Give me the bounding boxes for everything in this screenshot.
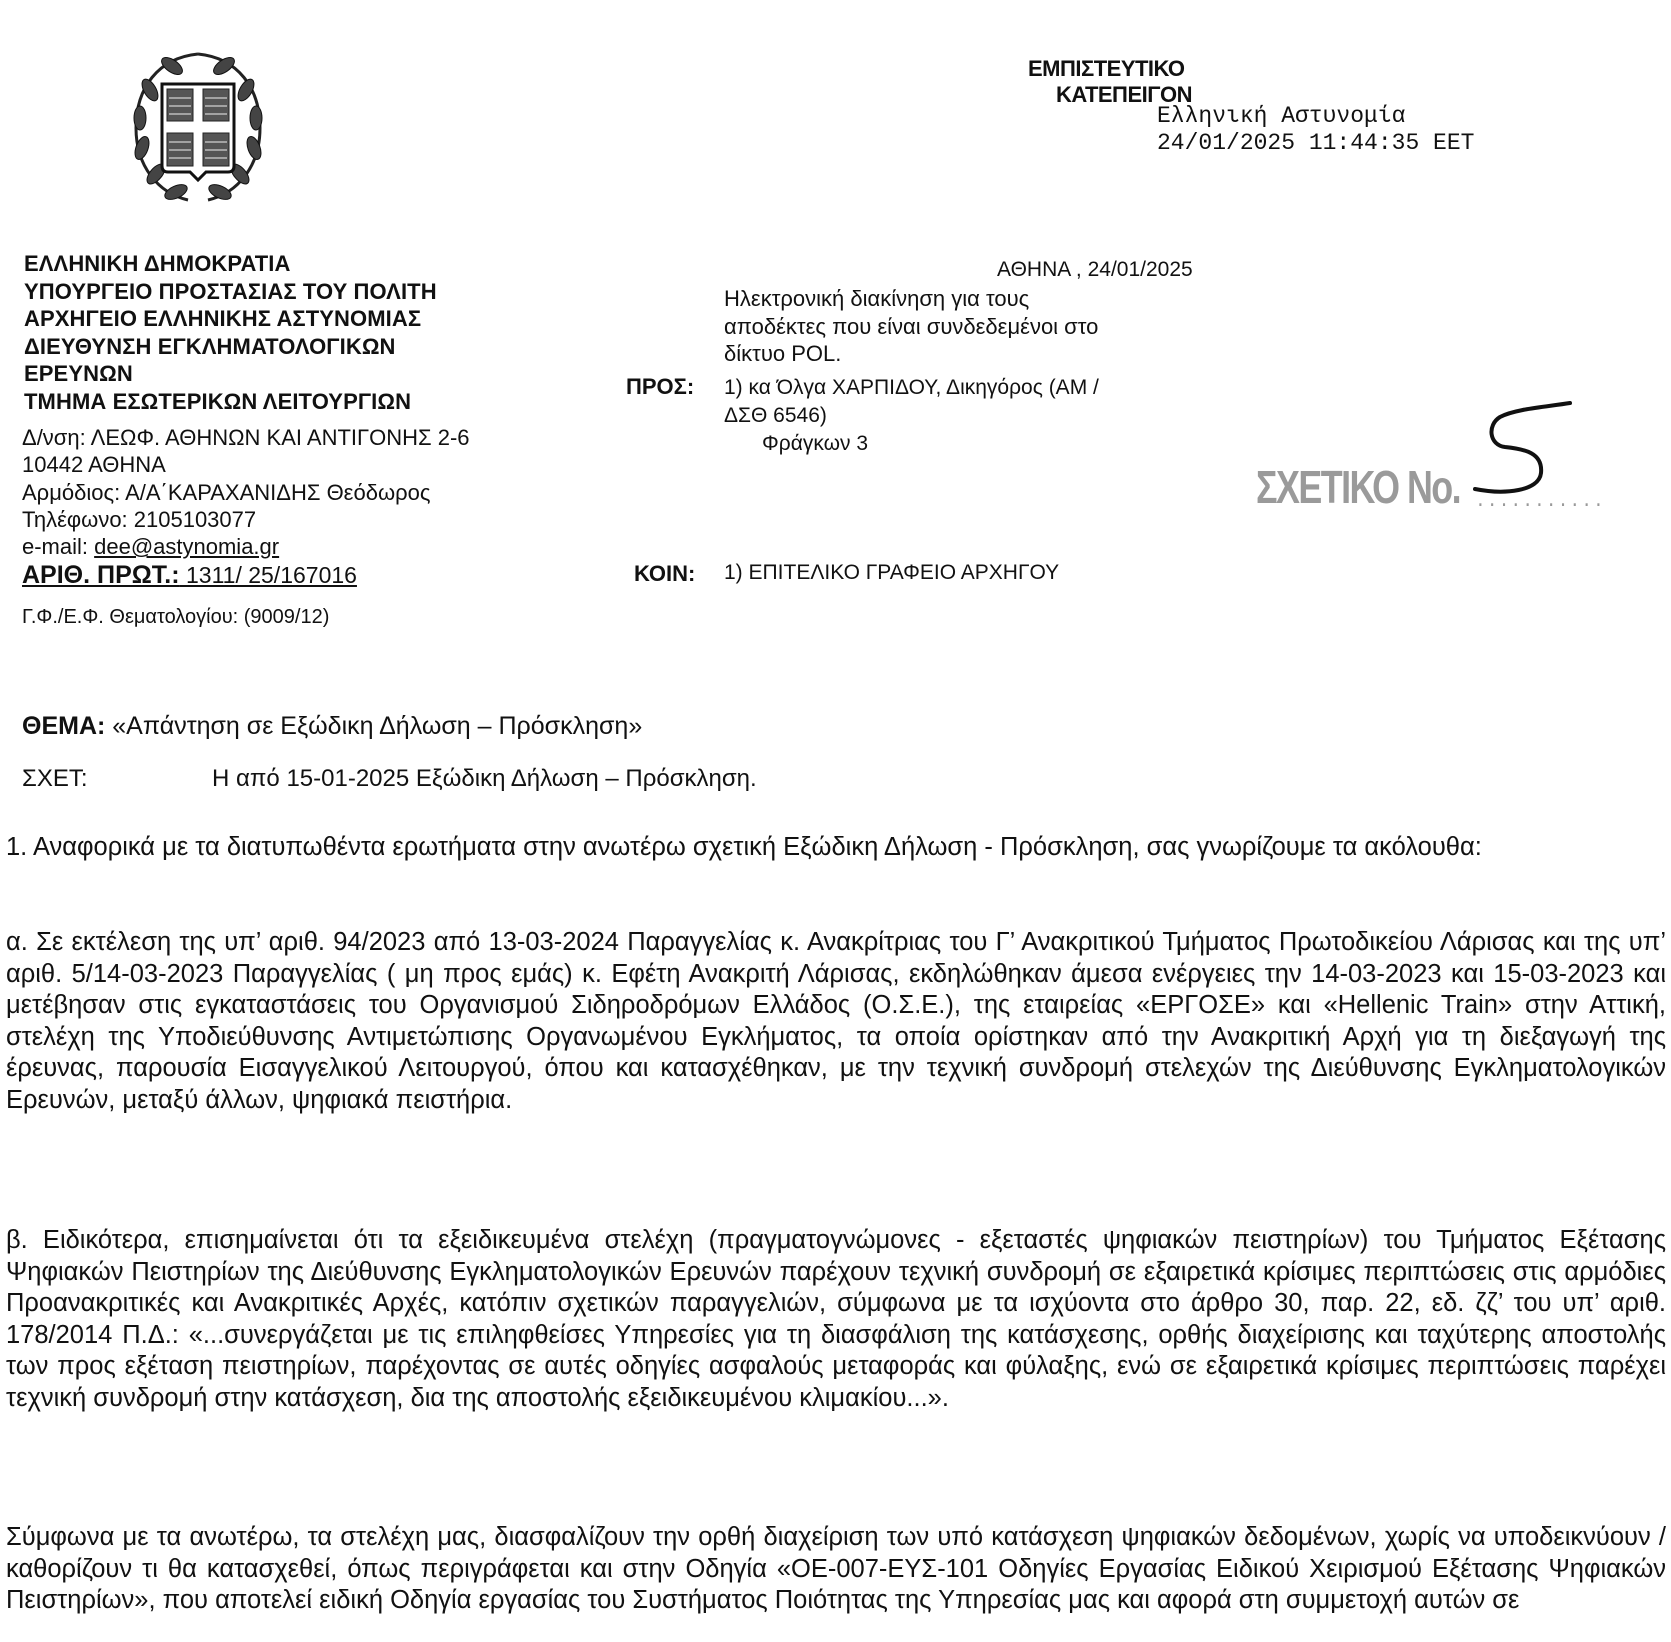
to-address: Φράγκων 3 (724, 430, 1099, 458)
note-line: Ηλεκτρονική διακίνηση για τους (724, 285, 1098, 313)
protocol-number-row: ΑΡΙΘ. ΠΡΩΤ.: 1311/ 25/167016 (22, 561, 357, 590)
sender-city: 10442 ΑΘΗΝΑ (22, 451, 470, 478)
email-link[interactable]: dee@astynomia.gr (94, 534, 279, 559)
subject-label: ΘΕΜΑ: (22, 712, 105, 740)
sender-email-row: e-mail: dee@astynomia.gr (22, 533, 470, 560)
greek-coat-of-arms-icon (128, 48, 268, 211)
paragraph-text: β. Ειδικότερα, επισημαίνεται ότι τα εξει… (6, 1225, 1666, 1414)
org-line: ΑΡΧΗΓΕΙΟ ΕΛΛΗΝΙΚΗΣ ΑΣΤΥΝΟΜΙΑΣ (24, 305, 437, 333)
cc-recipient: 1) ΕΠΙΤΕΛΙΚΟ ΓΡΑΦΕΙΟ ΑΡΧΗΓΟΥ (724, 561, 1059, 585)
org-line: ΕΛΛΗΝΙΚΗ ΔΗΜΟΚΡΑΤΙΑ (24, 250, 437, 278)
sender-contact: Δ/νση: ΛΕΩΦ. ΑΘΗΝΩΝ ΚΑΙ ΑΝΤΙΓΟΝΗΣ 2-6 10… (22, 424, 470, 560)
to-line: ΔΣΘ 6546) (724, 402, 1099, 430)
subject-text: «Απάντηση σε Εξώδικη Δήλωση – Πρόσκληση» (105, 712, 642, 740)
classification-block: ΕΜΠΙΣΤΕΥΤΙΚΟ ΚΑΤΕΠΕΙΓΟΝ (1028, 56, 1192, 108)
signature-issuer: Ελληνική Αστυνομία (1157, 103, 1474, 130)
paragraph-text: α. Σε εκτέλεση της υπ’ αριθ. 94/2023 από… (6, 927, 1666, 1116)
to-label: ΠΡΟΣ: (626, 374, 694, 400)
org-line: ΥΠΟΥΡΓΕΙΟ ΠΡΟΣΤΑΣΙΑΣ ΤΟΥ ΠΟΛΙΤΗ (24, 278, 437, 306)
sender-phone: Τηλέφωνο: 2105103077 (22, 506, 470, 533)
place-date: ΑΘΗΝΑ , 24/01/2025 (997, 258, 1193, 282)
file-reference: Γ.Φ./Ε.Φ. Θεματολογίου: (9009/12) (22, 606, 329, 629)
sender-responsible: Αρμόδιος: Α/Α΄ΚΑΡΑΧΑΝΙΔΗΣ Θεόδωρος (22, 479, 470, 506)
protocol-number: 1311/ 25/167016 (180, 562, 357, 588)
to-recipient: 1) κα Όλγα ΧΑΡΠΙΔΟΥ, Δικηγόρος (ΑΜ / ΔΣΘ… (724, 374, 1099, 458)
org-line: ΔΙΕΥΘΥΝΣΗ ΕΓΚΛΗΜΑΤΟΛΟΓΙΚΩΝ (24, 333, 437, 361)
subject-line: ΘΕΜΑ: «Απάντηση σε Εξώδικη Δήλωση – Πρόσ… (22, 712, 642, 741)
signature-timestamp: 24/01/2025 11:44:35 EET (1157, 130, 1474, 157)
body-paragraph-1: 1. Αναφορικά με τα διατυπωθέντα ερωτήματ… (6, 832, 1666, 864)
reference-label: ΣΧΕΤ: (22, 765, 88, 793)
to-line: 1) κα Όλγα ΧΑΡΠΙΔΟΥ, Δικηγόρος (ΑΜ / (724, 374, 1099, 402)
paragraph-text: 1. Αναφορικά με τα διατυπωθέντα ερωτήματ… (6, 832, 1666, 864)
protocol-label: ΑΡΙΘ. ΠΡΩΤ.: (22, 561, 180, 589)
reference-text: Η από 15-01-2025 Εξώδικη Δήλωση – Πρόσκλ… (212, 765, 757, 793)
note-line: αποδέκτες που είναι συνδεδεμένοι στο (724, 313, 1098, 341)
body-paragraph-a: α. Σε εκτέλεση της υπ’ αριθ. 94/2023 από… (6, 927, 1666, 1116)
classification-confidential: ΕΜΠΙΣΤΕΥΤΙΚΟ (1028, 56, 1192, 82)
sender-organization: ΕΛΛΗΝΙΚΗ ΔΗΜΟΚΡΑΤΙΑ ΥΠΟΥΡΓΕΙΟ ΠΡΟΣΤΑΣΙΑΣ… (24, 250, 437, 415)
org-line: ΕΡΕΥΝΩΝ (24, 360, 437, 388)
handwritten-number (1465, 395, 1575, 510)
email-label: e-mail: (22, 534, 94, 559)
paragraph-text: Σύμφωνα με τα ανωτέρω, τα στελέχη μας, δ… (6, 1522, 1666, 1617)
electronic-distribution-note: Ηλεκτρονική διακίνηση για τους αποδέκτες… (724, 285, 1098, 368)
org-line: ΤΜΗΜΑ ΕΣΩΤΕΡΙΚΩΝ ΛΕΙΤΟΥΡΓΙΩΝ (24, 388, 437, 416)
digital-signature: Ελληνική Αστυνομία 24/01/2025 11:44:35 E… (1157, 103, 1474, 157)
cc-label: ΚΟΙΝ: (634, 561, 695, 587)
body-paragraph-b: β. Ειδικότερα, επισημαίνεται ότι τα εξει… (6, 1225, 1666, 1414)
related-stamp: ΣΧΕΤΙΚΟ No. (1256, 460, 1460, 514)
sender-address: Δ/νση: ΛΕΩΦ. ΑΘΗΝΩΝ ΚΑΙ ΑΝΤΙΓΟΝΗΣ 2-6 (22, 424, 470, 451)
body-paragraph-c: Σύμφωνα με τα ανωτέρω, τα στελέχη μας, δ… (6, 1522, 1666, 1617)
handwritten-five-icon (1465, 395, 1575, 505)
note-line: δίκτυο POL. (724, 340, 1098, 368)
